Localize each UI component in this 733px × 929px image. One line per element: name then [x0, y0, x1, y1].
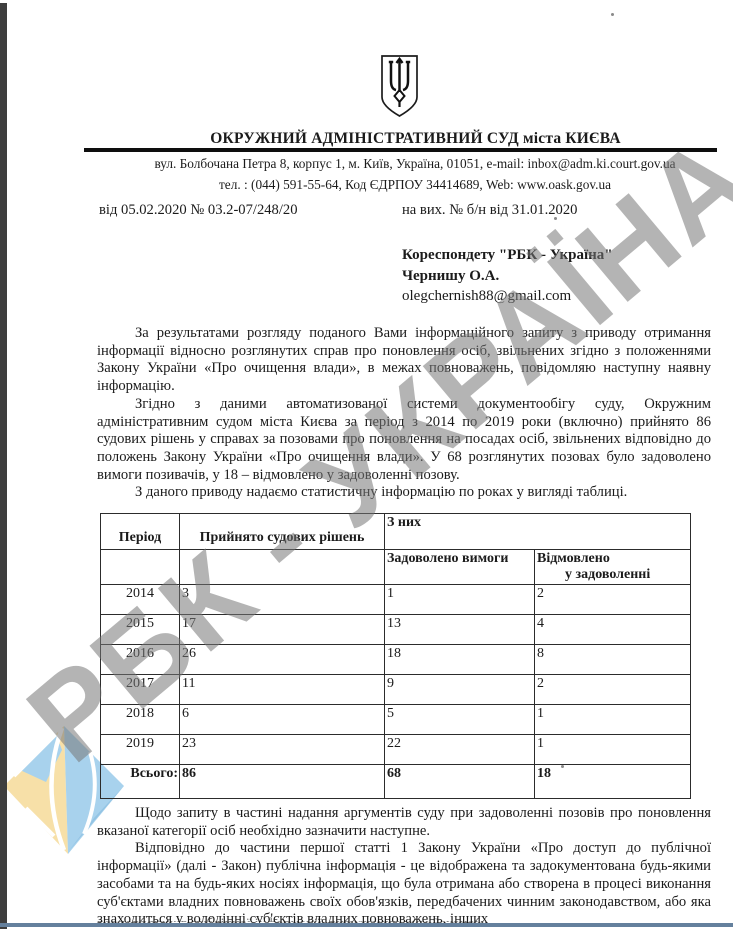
letter-body-top: За результатами розгляду поданого Вами і…	[97, 325, 711, 502]
cell-denied: 2	[535, 585, 691, 615]
table-row-2017: 2017 11 9 2	[101, 675, 691, 705]
table-row-2018: 2018 6 5 1	[101, 705, 691, 735]
cell-satisfied: 1	[385, 585, 535, 615]
clipped-text-line: розпорядників публічної інформації, визн…	[97, 916, 711, 922]
cell-satisfied: 5	[385, 705, 535, 735]
col-header-decisions: Прийнято судових рішень	[180, 514, 385, 550]
cell-satisfied: 18	[385, 645, 535, 675]
cell-decisions: 23	[180, 735, 385, 765]
letter-body-bottom: Щодо запиту в частині надання аргументів…	[97, 805, 711, 929]
recipient-person: Чернишу О.А.	[402, 266, 613, 287]
scan-edge-strip	[0, 3, 7, 929]
recipient-block: Кореспондету "РБК - Україна" Чернишу О.А…	[402, 245, 613, 307]
paragraph-2: Згідно з даними автоматизованої системи …	[97, 396, 711, 485]
cell-year: 2018	[101, 705, 180, 735]
cell-satisfied: 9	[385, 675, 535, 705]
cell-decisions: 26	[180, 645, 385, 675]
cell-denied: 2	[535, 675, 691, 705]
incoming-reference: на вих. № б/н від 31.01.2020	[402, 202, 577, 219]
table-row-2016: 2016 26 18 8	[101, 645, 691, 675]
table-header-row-2: Задоволено вимоги Відмовленоу задоволенн…	[101, 550, 691, 585]
header-rule	[84, 148, 717, 152]
cell-total-decisions: 86	[180, 765, 385, 799]
ukraine-trident-icon	[379, 54, 420, 118]
table-row-2014: 2014 3 1 2	[101, 585, 691, 615]
address-line-1: вул. Болбочана Петра 8, корпус 1, м. Киї…	[97, 156, 733, 172]
col-header-denied: Відмовленоу задоволенні	[535, 550, 691, 585]
cell-satisfied: 13	[385, 615, 535, 645]
court-name-title: ОКРУЖНИЙ АДМІНІСТРАТИВНИЙ СУД міста КИЄВ…	[109, 130, 722, 148]
cell-total-denied: 18	[535, 765, 691, 799]
cell-year: 2017	[101, 675, 180, 705]
recipient-email: olegchernish88@gmail.com	[402, 286, 613, 307]
empty-cell	[180, 550, 385, 585]
paragraph-1: За результатами розгляду поданого Вами і…	[97, 325, 711, 396]
cell-decisions: 3	[180, 585, 385, 615]
col-header-satisfied: Задоволено вимоги	[385, 550, 535, 585]
cell-year: 2015	[101, 615, 180, 645]
table-header-row-1: Період Прийнято судових рішень З них	[101, 514, 691, 550]
cell-year: 2016	[101, 645, 180, 675]
paragraph-4: Щодо запиту в частині надання аргументів…	[97, 805, 711, 840]
cell-year: 2019	[101, 735, 180, 765]
cell-decisions: 17	[180, 615, 385, 645]
table-row-2015: 2015 17 13 4	[101, 615, 691, 645]
cell-decisions: 11	[180, 675, 385, 705]
cell-denied: 1	[535, 735, 691, 765]
col-header-of-them: З них	[385, 514, 691, 550]
scan-speck	[611, 13, 614, 16]
empty-cell	[101, 550, 180, 585]
cell-denied: 4	[535, 615, 691, 645]
cell-denied: 8	[535, 645, 691, 675]
cell-total-label: Всього:	[101, 765, 180, 799]
cell-year: 2014	[101, 585, 180, 615]
cell-satisfied: 22	[385, 735, 535, 765]
table-row-2019: 2019 23 22 1	[101, 735, 691, 765]
cell-decisions: 6	[180, 705, 385, 735]
recipient-organization: Кореспондету "РБК - Україна"	[402, 245, 613, 266]
outgoing-reference: від 05.02.2020 № 03.2-07/248/20	[99, 202, 298, 219]
table-row-total: Всього: 86 68 18	[101, 765, 691, 799]
cell-denied: 1	[535, 705, 691, 735]
statistics-table: Період Прийнято судових рішень З них Зад…	[100, 513, 691, 799]
col-header-period: Період	[101, 514, 180, 550]
bottom-border-line	[0, 923, 733, 927]
paragraph-3: З даного приводу надаємо статистичну інф…	[97, 484, 711, 502]
address-line-2: тел. : (044) 591-55-64, Код ЄДРПОУ 34414…	[97, 177, 733, 193]
cell-total-satisfied: 68	[385, 765, 535, 799]
scanned-letter-page: ОКРУЖНИЙ АДМІНІСТРАТИВНИЙ СУД міста КИЄВ…	[0, 0, 733, 929]
